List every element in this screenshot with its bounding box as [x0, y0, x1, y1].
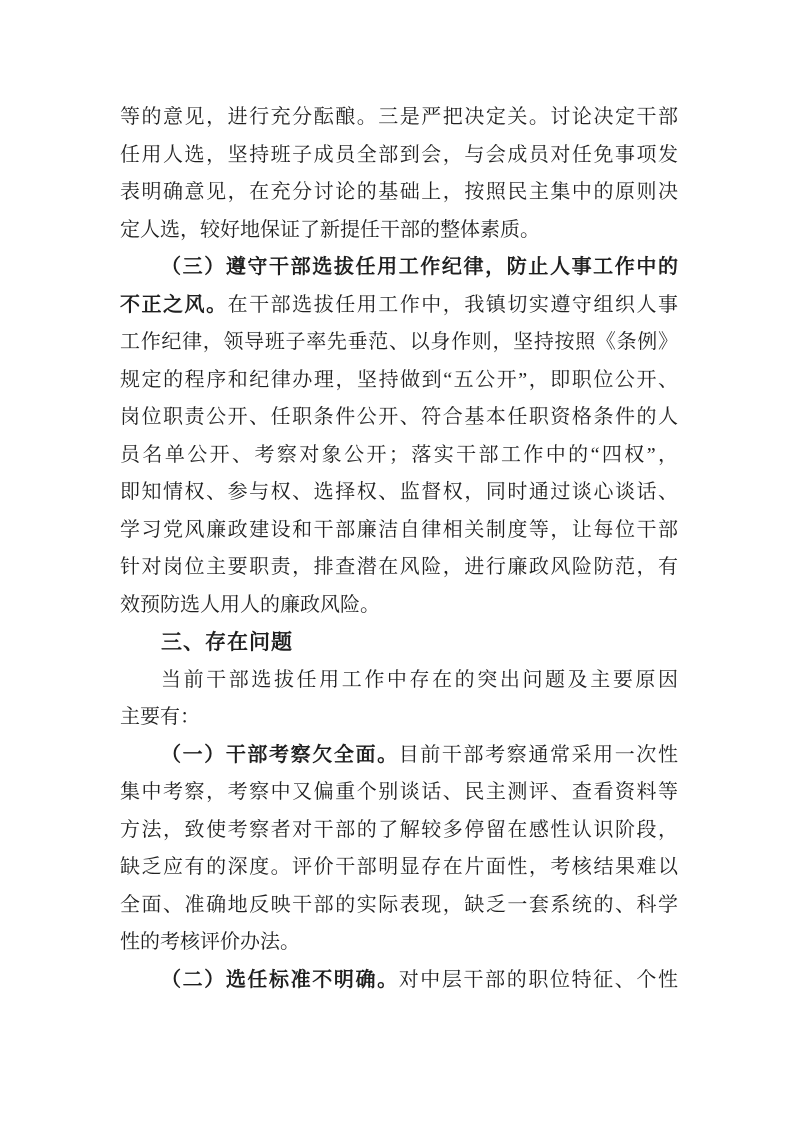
text-segment: 表明确意见，在充分讨论的基础上，按照民主集中的原则决 [120, 181, 678, 203]
section-heading: 三、存在问题 [120, 624, 678, 662]
text-line: 集中考察，考察中又偏重个别谈话、民主测评、查看资料等 [120, 774, 678, 812]
emphasis-text-segment: （一）干部考察欠全面。 [161, 744, 399, 766]
text-line: 全面、准确地反映干部的实际表现，缺乏一套系统的、科学 [120, 887, 678, 925]
emphasis-text-segment: 不正之风。 [120, 294, 228, 316]
text-line: 规定的程序和纪律办理，坚持做到“五公开”，即职位公开、 [120, 362, 678, 400]
text-segment: 岗位职责公开、任职条件公开、符合基本任职资格条件的人 [120, 406, 678, 428]
text-line: 效预防选人用人的廉政风险。 [120, 587, 678, 625]
text-segment: 针对岗位主要职责，排查潜在风险，进行廉政风险防范，有 [120, 556, 678, 578]
text-segment: 集中考察，考察中又偏重个别谈话、民主测评、查看资料等 [120, 781, 678, 803]
text-line: 主要有： [120, 699, 678, 737]
text-line: 学习党风廉政建设和干部廉洁自律相关制度等，让每位干部 [120, 512, 678, 550]
text-line: 当前干部选拔任用工作中存在的突出问题及主要原因 [120, 662, 678, 700]
text-segment: 性的考核评价办法。 [120, 931, 300, 953]
emphasis-text-segment: 三、存在问题 [161, 631, 293, 654]
text-segment: 缺乏应有的深度。评价干部明显存在片面性，考核结果难以 [120, 856, 678, 878]
text-segment: 即知情权、参与权、选择权、监督权，同时通过谈心谈话、 [120, 481, 678, 503]
text-segment: 全面、准确地反映干部的实际表现，缺乏一套系统的、科学 [120, 894, 678, 916]
emphasis-text-segment: （三）遵守干部选拔任用工作纪律，防止人事工作中的 [161, 256, 678, 278]
text-line: 定人选，较好地保证了新提任干部的整体素质。 [120, 212, 678, 250]
text-segment: 学习党风廉政建设和干部廉洁自律相关制度等，让每位干部 [120, 519, 678, 541]
text-line: （二）选任标准不明确。对中层干部的职位特征、个性 [120, 962, 678, 1000]
text-line: （三）遵守干部选拔任用工作纪律，防止人事工作中的 [120, 249, 678, 287]
text-segment: 工作纪律，领导班子率先垂范、以身作则，坚持按照《条例》 [120, 331, 678, 353]
text-line: 不正之风。在干部选拔任用工作中，我镇切实遵守组织人事 [120, 287, 678, 325]
text-segment: 任用人选，坚持班子成员全部到会，与会成员对任免事项发 [120, 144, 678, 166]
text-segment: 员名单公开、考察对象公开；落实干部工作中的“四权”， [120, 444, 678, 466]
text-line: 性的考核评价办法。 [120, 924, 678, 962]
text-segment: 方法，致使考察者对干部的了解较多停留在感性认识阶段， [120, 819, 678, 841]
text-segment: 对中层干部的职位特征、个性 [399, 969, 678, 991]
text-segment: 目前干部考察通常采用一次性 [399, 744, 678, 766]
text-segment: 当前干部选拔任用工作中存在的突出问题及主要原因 [161, 669, 678, 691]
text-line: 员名单公开、考察对象公开；落实干部工作中的“四权”， [120, 437, 678, 475]
text-line: 针对岗位主要职责，排查潜在风险，进行廉政风险防范，有 [120, 549, 678, 587]
text-line: （一）干部考察欠全面。目前干部考察通常采用一次性 [120, 737, 678, 775]
text-segment: 定人选，较好地保证了新提任干部的整体素质。 [120, 219, 540, 241]
text-line: 等的意见，进行充分酝酿。三是严把决定关。讨论决定干部 [120, 99, 678, 137]
text-line: 岗位职责公开、任职条件公开、符合基本任职资格条件的人 [120, 399, 678, 437]
text-line: 表明确意见，在充分讨论的基础上，按照民主集中的原则决 [120, 174, 678, 212]
text-line: 任用人选，坚持班子成员全部到会，与会成员对任免事项发 [120, 137, 678, 175]
text-segment: 等的意见，进行充分酝酿。三是严把决定关。讨论决定干部 [120, 106, 678, 128]
text-segment: 在干部选拔任用工作中，我镇切实遵守组织人事 [228, 294, 678, 316]
text-segment: 规定的程序和纪律办理，坚持做到“五公开”，即职位公开、 [120, 369, 678, 391]
document-page: 等的意见，进行充分酝酿。三是严把决定关。讨论决定干部任用人选，坚持班子成员全部到… [0, 0, 793, 1122]
text-segment: 效预防选人用人的廉政风险。 [120, 594, 380, 616]
text-segment: 主要有： [120, 706, 200, 728]
text-line: 即知情权、参与权、选择权、监督权，同时通过谈心谈话、 [120, 474, 678, 512]
document-body: 等的意见，进行充分酝酿。三是严把决定关。讨论决定干部任用人选，坚持班子成员全部到… [120, 99, 678, 999]
text-line: 缺乏应有的深度。评价干部明显存在片面性，考核结果难以 [120, 849, 678, 887]
text-line: 方法，致使考察者对干部的了解较多停留在感性认识阶段， [120, 812, 678, 850]
emphasis-text-segment: （二）选任标准不明确。 [161, 969, 399, 991]
text-line: 工作纪律，领导班子率先垂范、以身作则，坚持按照《条例》 [120, 324, 678, 362]
